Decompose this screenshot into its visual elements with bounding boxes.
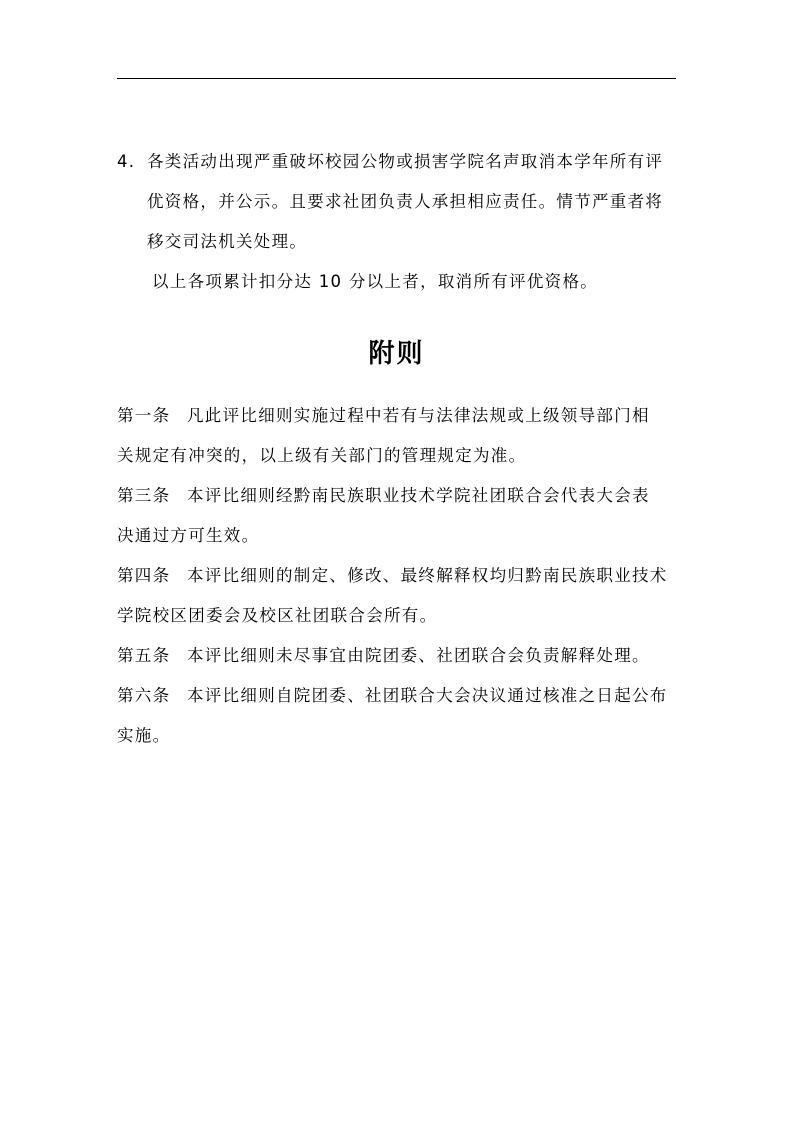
article-text: 本评比细则经黔南民族职业技术学院社团联合会代表大会表: [187, 486, 650, 505]
article-label: 第六条: [117, 686, 187, 706]
article-text: 关规定有冲突的，以上级有关部门的管理规定为准。: [117, 446, 526, 466]
section-title: 附则: [0, 333, 793, 370]
article-text: 学院校区团委会及校区社团联合会所有。: [117, 606, 437, 626]
header-rule: [117, 78, 676, 79]
article-label: 第三条: [117, 486, 187, 506]
item-line: 各类活动出现严重破坏校园公物或损害学院名声取消本学年所有评: [147, 152, 663, 172]
article-label: 第一条: [117, 406, 187, 426]
item-line: 优资格，并公示。且要求社团负责人承担相应责任。情节严重者将: [147, 192, 663, 212]
article-text: 本评比细则的制定、修改、最终解释权均归黔南民族职业技术: [187, 566, 668, 585]
item-line: 移交司法机关处理。: [147, 232, 307, 252]
article-text: 本评比细则自院团委、社团联合大会决议通过核准之日起公布: [187, 686, 668, 705]
item-number: 4.: [117, 152, 135, 172]
article-label: 第四条: [117, 566, 187, 586]
article-label: 第五条: [117, 646, 187, 666]
article-text: 凡此评比细则实施过程中若有与法律法规或上级领导部门相: [187, 406, 650, 425]
article-text: 本评比细则未尽事宜由院团委、社团联合会负责解释处理。: [187, 646, 650, 665]
article-text: 实施。: [117, 726, 170, 746]
summary-text: 以上各项累计扣分达 10 分以上者，取消所有评优资格。: [152, 272, 598, 292]
article-text: 决通过方可生效。: [117, 526, 259, 546]
